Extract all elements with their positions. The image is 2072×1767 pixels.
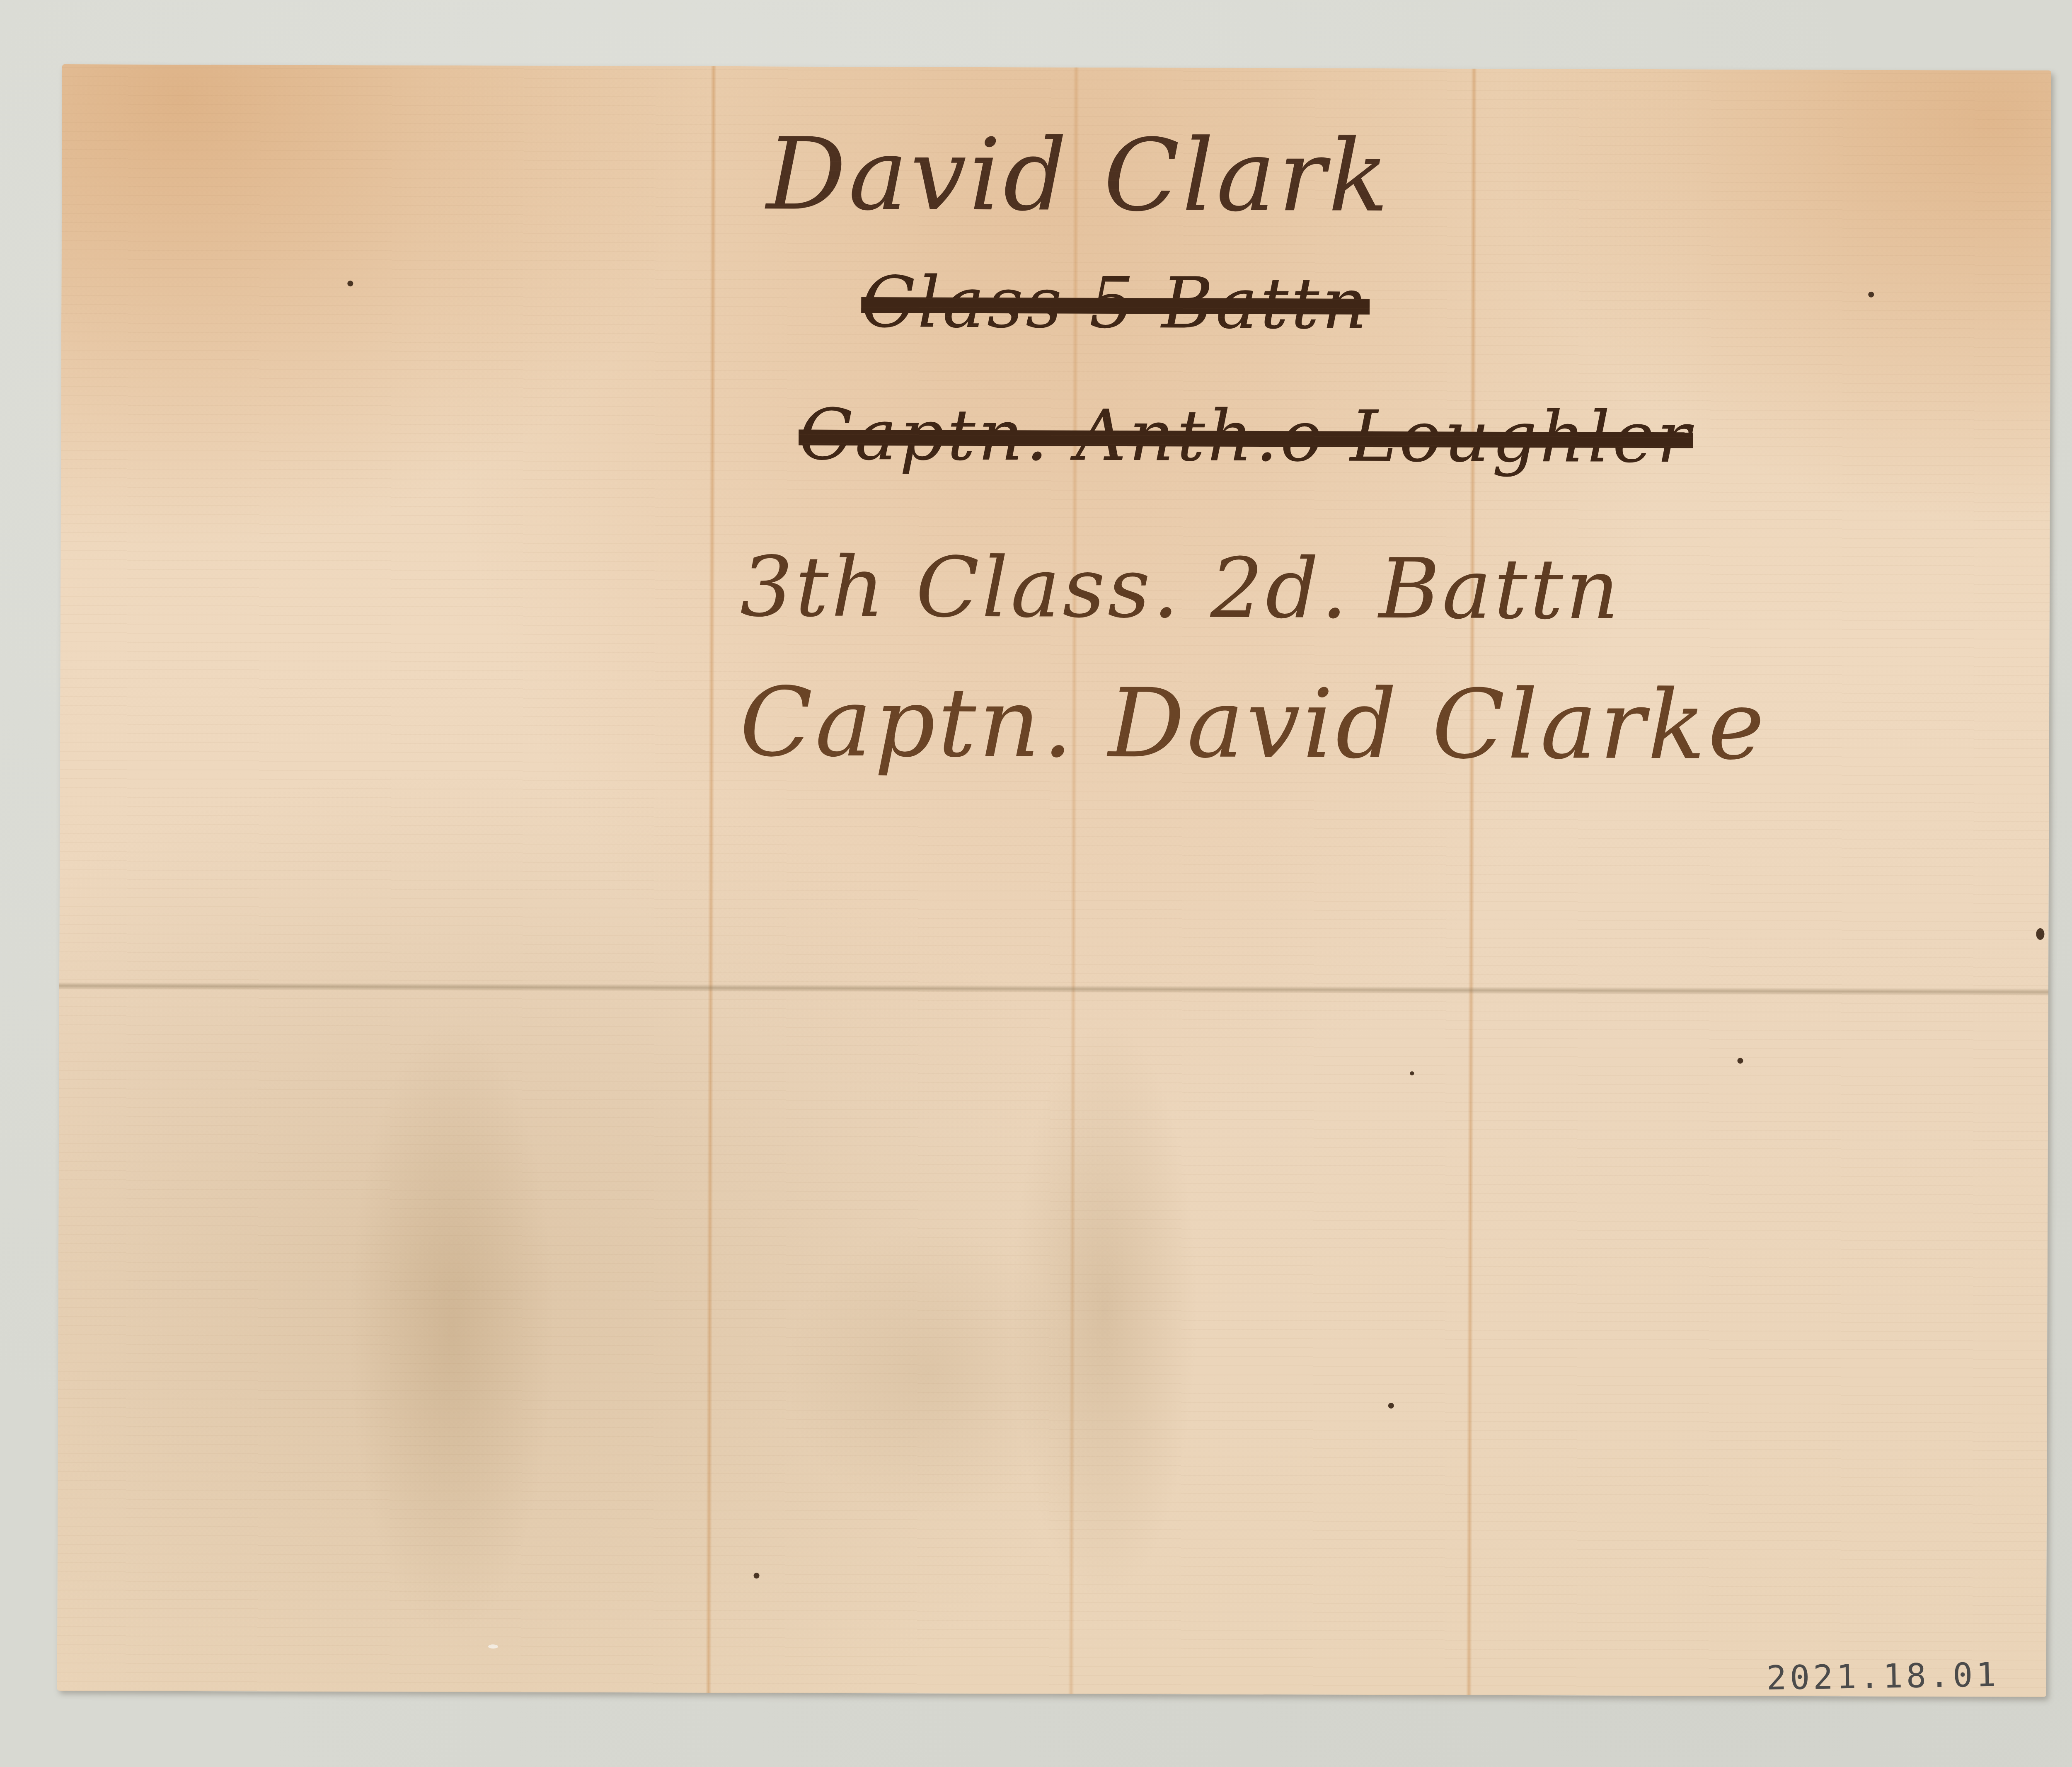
docket-name: David Clark xyxy=(766,116,1391,234)
ink-speck xyxy=(1410,1071,1414,1075)
ink-speck xyxy=(1868,292,1874,298)
ink-speck xyxy=(347,281,353,286)
accession-number: 2021.18.01 xyxy=(1766,1656,1999,1697)
ink-speck xyxy=(2036,928,2044,940)
docket-captain: Captn. David Clarke xyxy=(740,667,1767,781)
vertical-fold-right xyxy=(1466,69,1477,1695)
paper-hole xyxy=(488,1644,498,1648)
docket-class-battalion: 3th Class. 2d. Battn xyxy=(740,539,1622,638)
water-stain xyxy=(347,1018,557,1641)
water-stain xyxy=(783,1227,1074,1518)
horizontal-fold xyxy=(59,982,2048,996)
vertical-fold-left xyxy=(706,66,716,1693)
manuscript-sheet: David Clark Class 5 Battn Captn. Anth.o … xyxy=(57,64,2051,1697)
docket-struck-captain: Captn. Anth.o Loughler xyxy=(799,394,1693,479)
ink-speck xyxy=(1737,1058,1743,1064)
ink-speck xyxy=(754,1573,760,1578)
docket-struck-class: Class 5 Battn xyxy=(861,261,1370,345)
ink-speck xyxy=(1388,1403,1394,1409)
